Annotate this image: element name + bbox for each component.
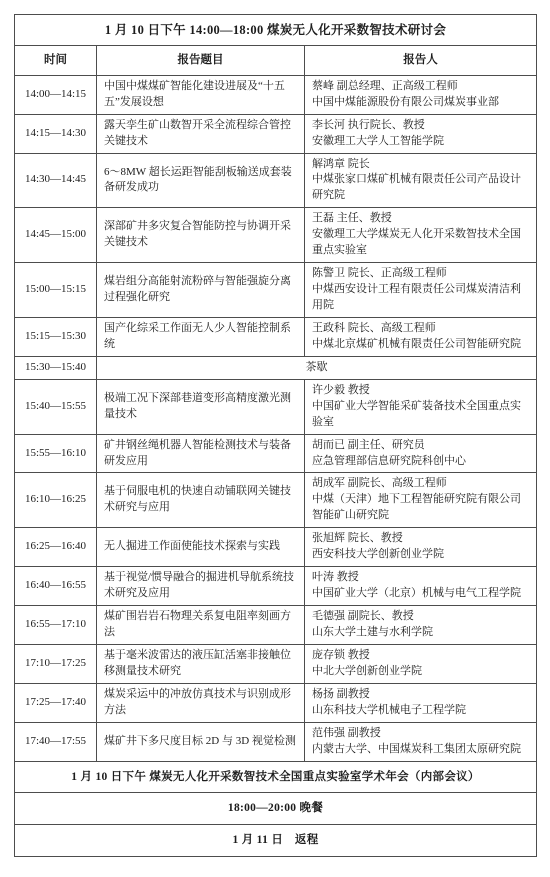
session-time: 14:30—14:45: [15, 153, 97, 208]
speaker-org-line: 应急管理部信息研究院科创中心: [312, 454, 529, 470]
break-label: 茶歇: [97, 356, 537, 379]
footer-row: 1 月 10 日下午 煤炭无人化开采数智技术全国重点实验室学术年会（内部会议）: [15, 761, 537, 793]
session-topic: 煤矿井下多尺度目标 2D 与 3D 视觉检测: [97, 722, 305, 761]
speaker-org-line: 山东大学土建与水利学院: [312, 625, 529, 641]
table-row: 14:15—14:30露天孪生矿山数智开采全流程综合管控关键技术李长河 执行院长…: [15, 114, 537, 153]
session-time: 17:25—17:40: [15, 683, 97, 722]
session-topic: 矿井钢丝绳机器人智能检测技术与装备研发应用: [97, 434, 305, 473]
speaker-org-line: 山东科技大学机械电子工程学院: [312, 703, 529, 719]
session-topic: 基于伺服电机的快速自动铺联网关键技术研究与应用: [97, 473, 305, 528]
session-time: 16:55—17:10: [15, 606, 97, 645]
table-title-row: 1 月 10 日下午 14:00—18:00 煤炭无人化开采数智技术研讨会: [15, 15, 537, 46]
session-time: 16:10—16:25: [15, 473, 97, 528]
speaker-name-line: 胡成军 副院长、高级工程师: [312, 476, 529, 492]
speaker-name-line: 张旭辉 院长、教授: [312, 531, 529, 547]
session-topic: 极端工况下深部巷道变形高精度激光测量技术: [97, 379, 305, 434]
speaker-info: 毛德强 副院长、教授山东大学土建与水利学院: [305, 606, 537, 645]
table-row: 15:30—15:40茶歇: [15, 356, 537, 379]
session-topic: 露天孪生矿山数智开采全流程综合管控关键技术: [97, 114, 305, 153]
table-row: 17:10—17:25基于毫米波雷达的液压缸活塞非接触位移测量技术研究庞存锁 教…: [15, 644, 537, 683]
speaker-name-line: 解鸿章 院长: [312, 157, 529, 173]
table-row: 15:40—15:55极端工况下深部巷道变形高精度激光测量技术许少毅 教授中国矿…: [15, 379, 537, 434]
speaker-info: 解鸿章 院长中煤张家口煤矿机械有限责任公司产品设计研究院: [305, 153, 537, 208]
schedule-body: 14:00—14:15中国中煤煤矿智能化建设进展及“十五五”发展设想蔡峰 副总经…: [15, 75, 537, 761]
speaker-org-line: 中国中煤能源股份有限公司煤炭事业部: [312, 95, 529, 111]
table-row: 16:25—16:40无人掘进工作面使能技术探索与实践张旭辉 院长、教授西安科技…: [15, 528, 537, 567]
session-time: 14:15—14:30: [15, 114, 97, 153]
session-topic: 国产化综采工作面无人少人智能控制系统: [97, 317, 305, 356]
speaker-org-line: 安徽理工大学人工智能学院: [312, 134, 529, 150]
table-row: 14:30—14:456～8MW 超长运距智能刮板输送成套装备研发成功解鸿章 院…: [15, 153, 537, 208]
speaker-name-line: 许少毅 教授: [312, 383, 529, 399]
speaker-name-line: 范伟强 副教授: [312, 726, 529, 742]
table-row: 15:55—16:10矿井钢丝绳机器人智能检测技术与装备研发应用胡而已 副主任、…: [15, 434, 537, 473]
speaker-info: 范伟强 副教授内蒙古大学、中国煤炭科工集团太原研究院: [305, 722, 537, 761]
speaker-org-line: 中煤（天津）地下工程智能研究院有限公司 智能矿山研究院: [312, 492, 529, 524]
speaker-name-line: 王政科 院长、高级工程师: [312, 321, 529, 337]
speaker-org-line: 中北大学创新创业学院: [312, 664, 529, 680]
session-topic: 无人掘进工作面使能技术探索与实践: [97, 528, 305, 567]
footer-label: 1 月 10 日下午 煤炭无人化开采数智技术全国重点实验室学术年会（内部会议）: [15, 761, 537, 793]
speaker-org-line: 西安科技大学创新创业学院: [312, 547, 529, 563]
table-row: 14:00—14:15中国中煤煤矿智能化建设进展及“十五五”发展设想蔡峰 副总经…: [15, 75, 537, 114]
speaker-org-line: 安徽理工大学煤炭无人化开采数智技术全国重点实验室: [312, 227, 529, 259]
column-header-row: 时间 报告题目 报告人: [15, 46, 537, 76]
column-header-speaker: 报告人: [305, 46, 537, 76]
speaker-info: 王磊 主任、教授安徽理工大学煤炭无人化开采数智技术全国重点实验室: [305, 208, 537, 263]
speaker-name-line: 陈警卫 院长、正高级工程师: [312, 266, 529, 282]
footer-label: 1 月 11 日 返程: [15, 824, 537, 856]
speaker-info: 胡成军 副院长、高级工程师中煤（天津）地下工程智能研究院有限公司 智能矿山研究院: [305, 473, 537, 528]
session-time: 15:15—15:30: [15, 317, 97, 356]
footer-row: 18:00—20:00 晚餐: [15, 793, 537, 825]
speaker-org-line: 中国矿业大学（北京）机械与电气工程学院: [312, 586, 529, 602]
speaker-org-line: 中煤北京煤矿机械有限责任公司智能研究院: [312, 337, 529, 353]
session-time: 15:00—15:15: [15, 263, 97, 318]
speaker-org-line: 中煤西安设计工程有限责任公司煤炭清洁利用院: [312, 282, 529, 314]
session-time: 16:40—16:55: [15, 567, 97, 606]
session-time: 16:25—16:40: [15, 528, 97, 567]
speaker-org-line: 中国矿业大学智能采矿装备技术全国重点实验室: [312, 399, 529, 431]
session-time: 14:00—14:15: [15, 75, 97, 114]
session-time: 15:55—16:10: [15, 434, 97, 473]
session-time: 15:30—15:40: [15, 356, 97, 379]
table-row: 16:55—17:10煤矿围岩岩石物理关系复电阻率刻画方法毛德强 副院长、教授山…: [15, 606, 537, 645]
session-title-header: 1 月 10 日下午 14:00—18:00 煤炭无人化开采数智技术研讨会: [15, 15, 537, 46]
speaker-info: 胡而已 副主任、研究员应急管理部信息研究院科创中心: [305, 434, 537, 473]
table-row: 16:40—16:55基于视觉/惯导融合的掘进机导航系统技术研究及应用叶涛 教授…: [15, 567, 537, 606]
speaker-name-line: 杨扬 副教授: [312, 687, 529, 703]
schedule-table: 1 月 10 日下午 14:00—18:00 煤炭无人化开采数智技术研讨会 时间…: [14, 14, 537, 857]
session-topic: 6～8MW 超长运距智能刮板输送成套装备研发成功: [97, 153, 305, 208]
table-row: 15:00—15:15煤岩组分高能射流粉碎与智能强旋分离过程强化研究陈警卫 院长…: [15, 263, 537, 318]
footer-row: 1 月 11 日 返程: [15, 824, 537, 856]
speaker-info: 陈警卫 院长、正高级工程师中煤西安设计工程有限责任公司煤炭清洁利用院: [305, 263, 537, 318]
speaker-name-line: 叶涛 教授: [312, 570, 529, 586]
column-header-topic: 报告题目: [97, 46, 305, 76]
table-row: 15:15—15:30国产化综采工作面无人少人智能控制系统王政科 院长、高级工程…: [15, 317, 537, 356]
session-topic: 基于毫米波雷达的液压缸活塞非接触位移测量技术研究: [97, 644, 305, 683]
session-topic: 煤炭采运中的冲放仿真技术与识别成形方法: [97, 683, 305, 722]
session-topic: 中国中煤煤矿智能化建设进展及“十五五”发展设想: [97, 75, 305, 114]
speaker-info: 张旭辉 院长、教授西安科技大学创新创业学院: [305, 528, 537, 567]
speaker-info: 叶涛 教授中国矿业大学（北京）机械与电气工程学院: [305, 567, 537, 606]
speaker-info: 王政科 院长、高级工程师中煤北京煤矿机械有限责任公司智能研究院: [305, 317, 537, 356]
session-time: 17:40—17:55: [15, 722, 97, 761]
speaker-info: 许少毅 教授中国矿业大学智能采矿装备技术全国重点实验室: [305, 379, 537, 434]
table-row: 14:45—15:00深部矿井多灾复合智能防控与协调开采关键技术王磊 主任、教授…: [15, 208, 537, 263]
speaker-name-line: 毛德强 副院长、教授: [312, 609, 529, 625]
speaker-name-line: 李长河 执行院长、教授: [312, 118, 529, 134]
table-row: 16:10—16:25基于伺服电机的快速自动铺联网关键技术研究与应用胡成军 副院…: [15, 473, 537, 528]
speaker-org-line: 中煤张家口煤矿机械有限责任公司产品设计研究院: [312, 172, 529, 204]
speaker-info: 庞存锁 教授中北大学创新创业学院: [305, 644, 537, 683]
session-topic: 煤岩组分高能射流粉碎与智能强旋分离过程强化研究: [97, 263, 305, 318]
table-row: 17:40—17:55煤矿井下多尺度目标 2D 与 3D 视觉检测范伟强 副教授…: [15, 722, 537, 761]
session-time: 17:10—17:25: [15, 644, 97, 683]
speaker-name-line: 蔡峰 副总经理、正高级工程师: [312, 79, 529, 95]
session-time: 15:40—15:55: [15, 379, 97, 434]
footer-label: 18:00—20:00 晚餐: [15, 793, 537, 825]
speaker-info: 杨扬 副教授山东科技大学机械电子工程学院: [305, 683, 537, 722]
speaker-info: 蔡峰 副总经理、正高级工程师中国中煤能源股份有限公司煤炭事业部: [305, 75, 537, 114]
speaker-org-line: 内蒙古大学、中国煤炭科工集团太原研究院: [312, 742, 529, 758]
speaker-name-line: 王磊 主任、教授: [312, 211, 529, 227]
table-row: 17:25—17:40煤炭采运中的冲放仿真技术与识别成形方法杨扬 副教授山东科技…: [15, 683, 537, 722]
session-topic: 煤矿围岩岩石物理关系复电阻率刻画方法: [97, 606, 305, 645]
schedule-footer: 1 月 10 日下午 煤炭无人化开采数智技术全国重点实验室学术年会（内部会议）1…: [15, 761, 537, 856]
speaker-name-line: 胡而已 副主任、研究员: [312, 438, 529, 454]
speaker-name-line: 庞存锁 教授: [312, 648, 529, 664]
session-topic: 基于视觉/惯导融合的掘进机导航系统技术研究及应用: [97, 567, 305, 606]
column-header-time: 时间: [15, 46, 97, 76]
speaker-info: 李长河 执行院长、教授安徽理工大学人工智能学院: [305, 114, 537, 153]
session-topic: 深部矿井多灾复合智能防控与协调开采关键技术: [97, 208, 305, 263]
session-time: 14:45—15:00: [15, 208, 97, 263]
